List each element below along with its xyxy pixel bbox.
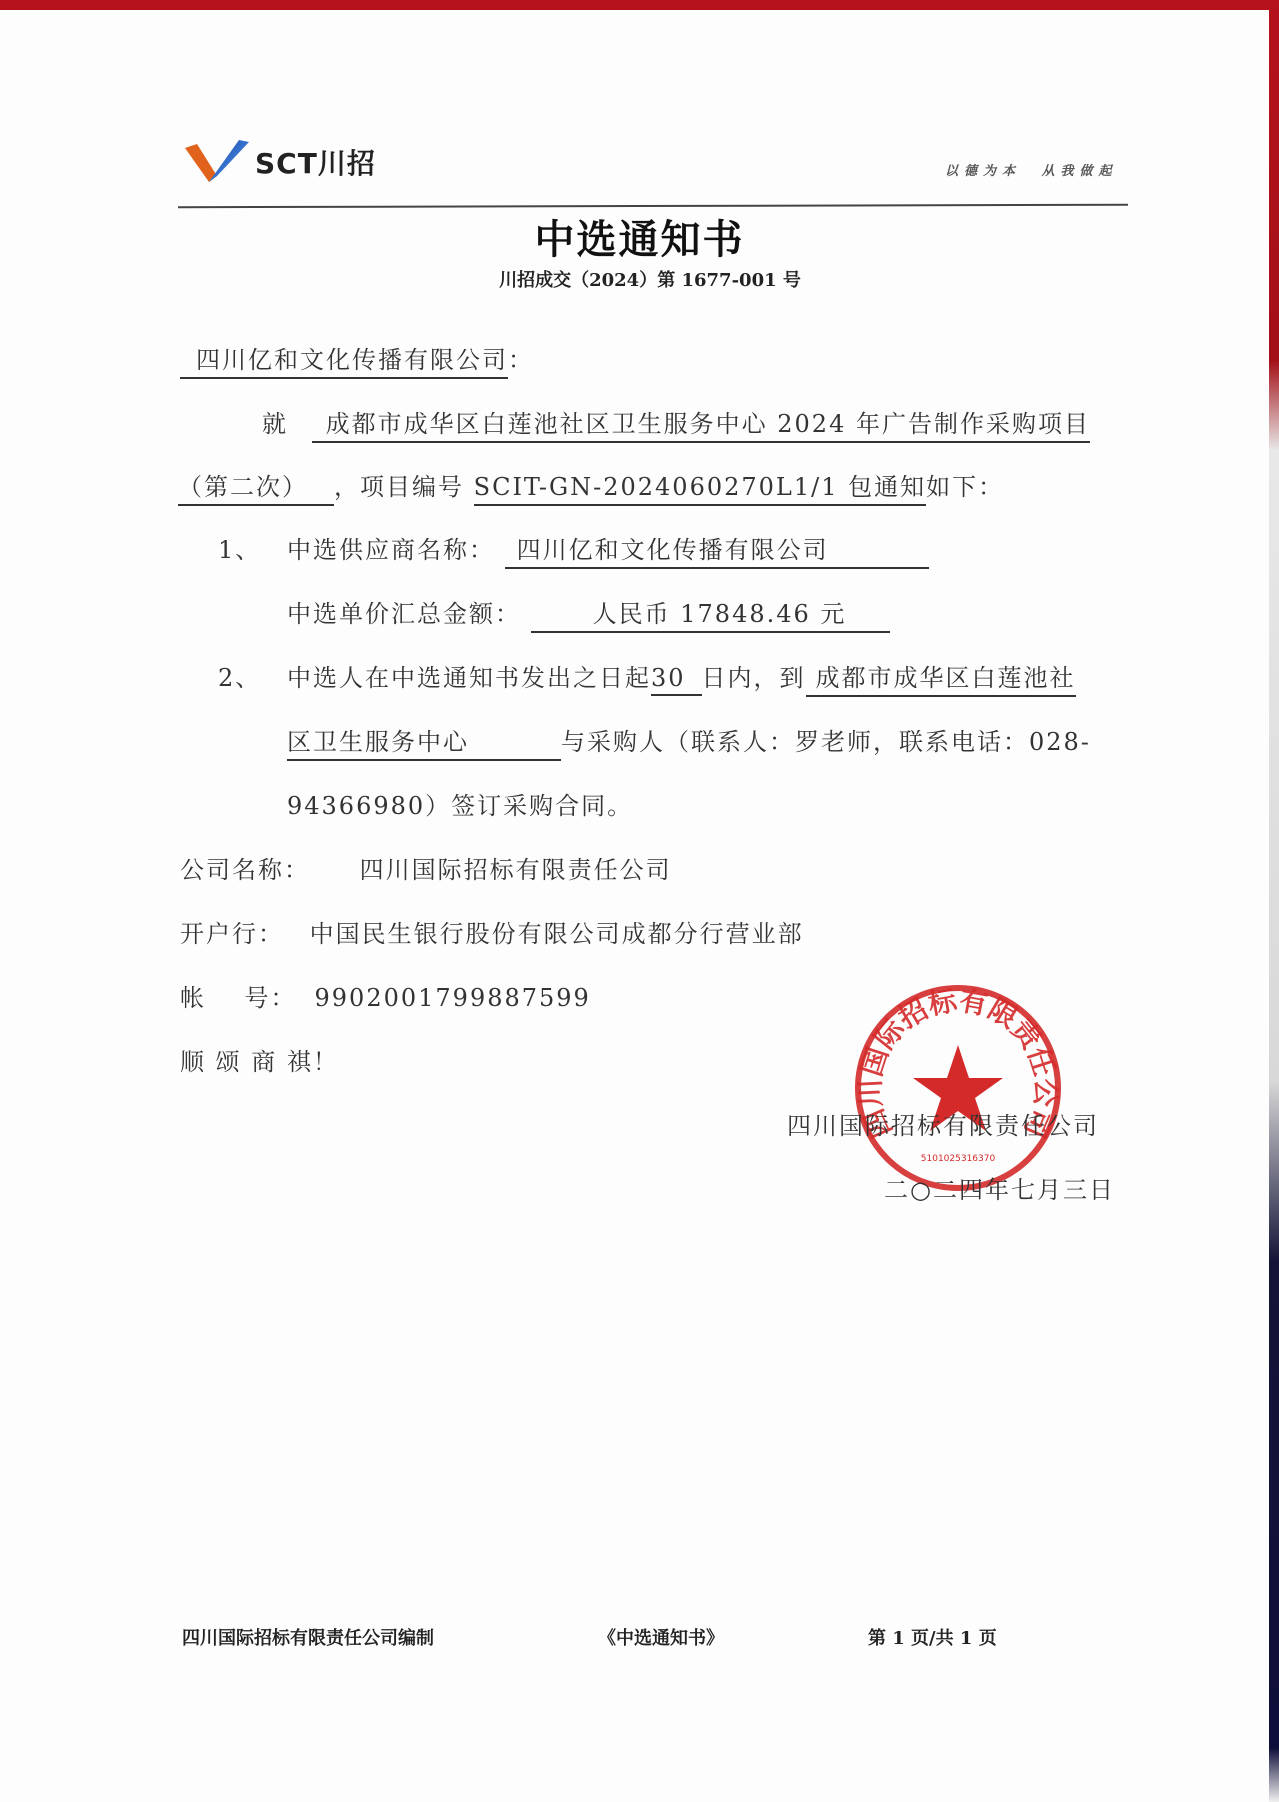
item-2-text-c: 与采购人（联系人：罗老师，联系电话：028- bbox=[561, 728, 1091, 756]
svg-text:5101025316370: 5101025316370 bbox=[921, 1154, 996, 1164]
supplier-label: 中选供应商名称： bbox=[287, 536, 495, 564]
document-title: 中选通知书 bbox=[0, 208, 1279, 265]
signature-company: 四川国际招标有限责任公司 bbox=[787, 1106, 1099, 1141]
amount-label: 中选单价汇总金额： bbox=[287, 600, 521, 628]
account-value: 9902001799887599 bbox=[315, 984, 591, 1012]
addressee-colon: ： bbox=[508, 346, 534, 374]
supplier-value: 四川亿和文化传播有限公司 bbox=[505, 530, 929, 569]
contract-place-2: 区卫生服务中心 bbox=[287, 722, 561, 761]
background-red-edge bbox=[0, 0, 1279, 10]
item-2-line-3: 94366980）签订采购合同。 bbox=[287, 786, 633, 821]
sct-v-logo-icon bbox=[183, 140, 251, 184]
logo-text: SCT川招 bbox=[255, 142, 376, 182]
intro-line-2: （第二次），项目编号 SCIT-GN-2024060270L1/1 包通知如下： bbox=[178, 467, 1004, 506]
bank-value: 中国民生银行股份有限公司成都分行营业部 bbox=[310, 920, 804, 948]
project-code: SCIT-GN-2024060270L1/1 包通知 bbox=[474, 467, 926, 506]
item-2-text-a: 中选人在中选通知书发出之日起 bbox=[287, 664, 651, 692]
project-name: 成都市成华区白莲池社区卫生服务中心 2024 年广告制作采购项目 bbox=[312, 404, 1090, 443]
item-2-line-1: 中选人在中选通知书发出之日起30日内，到成都市成华区白莲池社 bbox=[287, 658, 1076, 697]
item-1-supplier: 中选供应商名称： 四川亿和文化传播有限公司 bbox=[287, 530, 929, 569]
intro-prefix: 就 bbox=[262, 410, 288, 438]
company-logo: SCT川招 bbox=[183, 140, 376, 184]
company-name-row: 公司名称： 四川国际招标有限责任公司 bbox=[180, 850, 672, 885]
footer-page-number: 第 1 页/共 1 页 bbox=[868, 1624, 997, 1650]
company-value: 四川国际招标有限责任公司 bbox=[360, 856, 672, 884]
intro-line-1: 就 成都市成华区白莲池社区卫生服务中心 2024 年广告制作采购项目 bbox=[262, 404, 1090, 443]
official-seal-stamp: 四川国际招标有限责任公司 5101025316370 bbox=[853, 983, 1063, 1193]
footer-issuer: 四川国际招标有限责任公司编制 bbox=[182, 1624, 434, 1650]
bank-label: 开户行： bbox=[180, 920, 284, 948]
addressee: 四川亿和文化传播有限公司 bbox=[180, 340, 508, 379]
item-2-index: 2、 bbox=[218, 658, 261, 693]
item-2-line-2: 区卫生服务中心与采购人（联系人：罗老师，联系电话：028- bbox=[287, 722, 1091, 761]
item-2-text-b: 日内，到 bbox=[702, 664, 806, 692]
item-1-index: 1、 bbox=[218, 530, 261, 565]
project-name-suffix: （第二次） bbox=[178, 467, 334, 506]
signature-date: 二○二四年七月三日 bbox=[884, 1170, 1115, 1205]
amount-value: 人民币 17848.46 元 bbox=[531, 594, 891, 633]
days-value: 30 bbox=[651, 664, 702, 696]
company-label: 公司名称： bbox=[180, 856, 310, 884]
item-1-amount: 中选单价汇总金额： 人民币 17848.46 元 bbox=[287, 594, 890, 633]
account-row: 帐 号：9902001799887599 bbox=[180, 978, 591, 1013]
bank-row: 开户行： 中国民生银行股份有限公司成都分行营业部 bbox=[180, 914, 804, 949]
company-motto: 以德为本 从我做起 bbox=[945, 160, 1118, 179]
project-code-label: ，项目编号 bbox=[334, 473, 464, 501]
closing-salutation: 顺 颂 商 祺！ bbox=[180, 1042, 339, 1077]
contract-place-1: 成都市成华区白莲池社 bbox=[806, 658, 1076, 697]
account-label: 帐 号： bbox=[180, 984, 297, 1012]
footer-doc-name: 《中选通知书》 bbox=[598, 1624, 724, 1650]
addressee-line: 四川亿和文化传播有限公司： bbox=[180, 340, 534, 379]
document-number: 川招成交（2024）第 1677-001 号 bbox=[0, 266, 1279, 292]
intro-suffix: 如下： bbox=[926, 473, 1004, 501]
